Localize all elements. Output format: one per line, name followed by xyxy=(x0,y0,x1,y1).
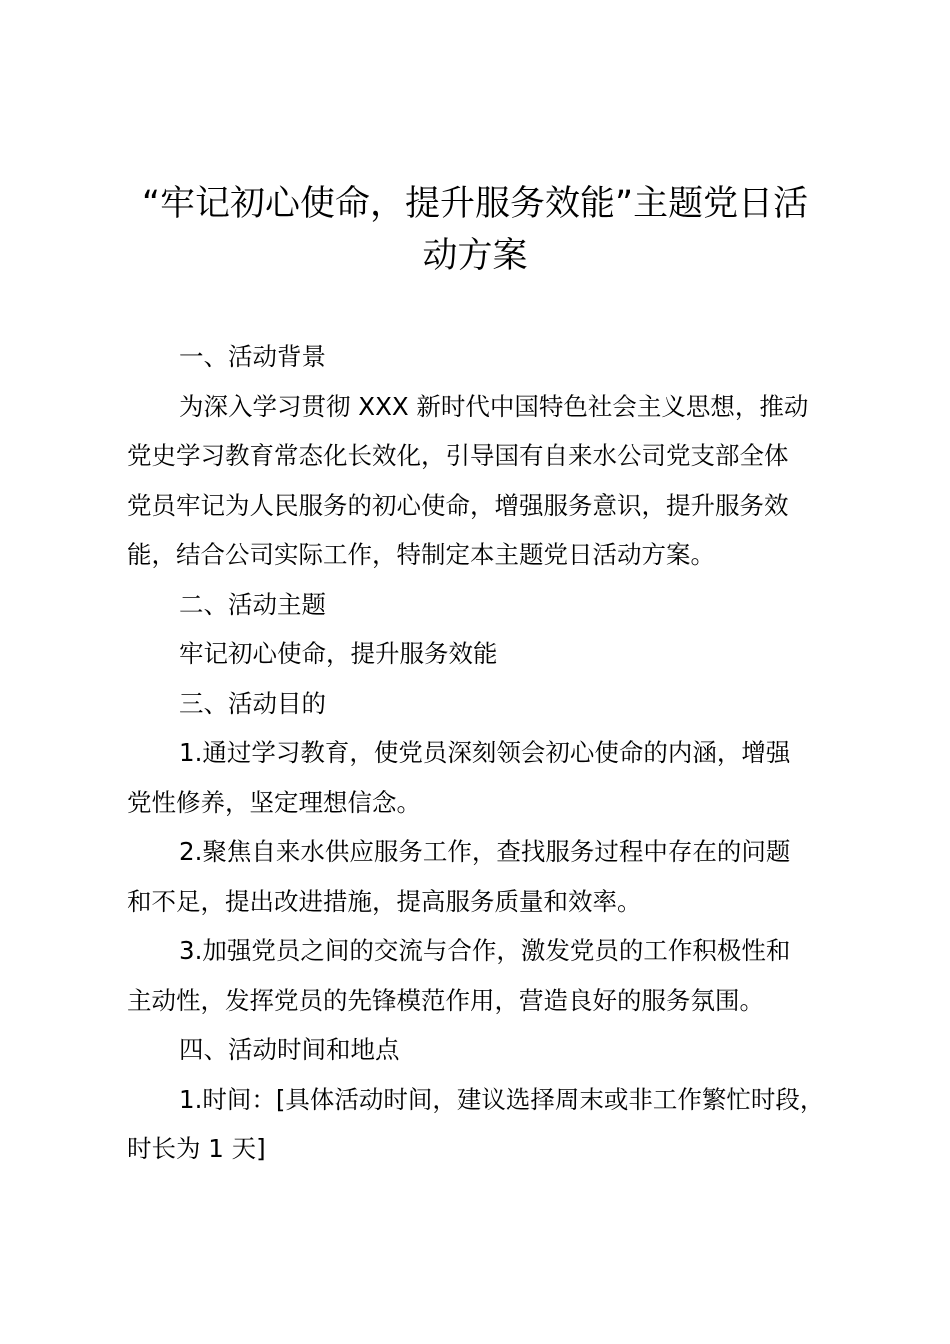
title-line-2: 动方案 xyxy=(110,230,840,282)
paragraph-line: 2.聚焦自来水供应服务工作，查找服务过程中存在的问题 xyxy=(127,827,843,877)
section-heading-time-place: 四、活动时间和地点 xyxy=(127,1025,843,1075)
paragraph-line: 主动性，发挥党员的先锋模范作用，营造良好的服务氛围。 xyxy=(127,976,843,1026)
document-body: 一、活动背景 为深入学习贯彻 XXX 新时代中国特色社会主义思想，推动 党史学习… xyxy=(127,332,843,1174)
paragraph-line: 时长为 1 天] xyxy=(127,1124,843,1174)
purpose-item-3: 3.加强党员之间的交流与合作，激发党员的工作积极性和 主动性，发挥党员的先锋模范… xyxy=(127,926,843,1025)
paragraph-line: 1.时间：[具体活动时间，建议选择周末或非工作繁忙时段， xyxy=(127,1075,843,1125)
document-page: “牢记初心使命，提升服务效能”主题党日活 动方案 一、活动背景 为深入学习贯彻 … xyxy=(0,0,950,1344)
paragraph-line: 党员牢记为人民服务的初心使命，增强服务意识，提升服务效 xyxy=(127,481,843,531)
section-heading-theme: 二、活动主题 xyxy=(127,580,843,630)
paragraph-line: 3.加强党员之间的交流与合作，激发党员的工作积极性和 xyxy=(127,926,843,976)
paragraph-line: 能，结合公司实际工作，特制定本主题党日活动方案。 xyxy=(127,530,843,580)
section-heading-purpose: 三、活动目的 xyxy=(127,679,843,729)
paragraph-line: 党性修养，坚定理想信念。 xyxy=(127,778,843,828)
paragraph-line: 为深入学习贯彻 XXX 新时代中国特色社会主义思想，推动 xyxy=(127,382,843,432)
document-title: “牢记初心使命，提升服务效能”主题党日活 动方案 xyxy=(110,178,840,282)
paragraph-background: 为深入学习贯彻 XXX 新时代中国特色社会主义思想，推动 党史学习教育常态化长效… xyxy=(127,382,843,580)
time-item: 1.时间：[具体活动时间，建议选择周末或非工作繁忙时段， 时长为 1 天] xyxy=(127,1075,843,1174)
paragraph-line: 1.通过学习教育，使党员深刻领会初心使命的内涵，增强 xyxy=(127,728,843,778)
purpose-item-2: 2.聚焦自来水供应服务工作，查找服务过程中存在的问题 和不足，提出改进措施，提高… xyxy=(127,827,843,926)
section-heading-background: 一、活动背景 xyxy=(127,332,843,382)
paragraph-line: 党史学习教育常态化长效化，引导国有自来水公司党支部全体 xyxy=(127,431,843,481)
title-line-1: “牢记初心使命，提升服务效能”主题党日活 xyxy=(110,178,840,230)
paragraph-line: 和不足，提出改进措施，提高服务质量和效率。 xyxy=(127,877,843,927)
purpose-item-1: 1.通过学习教育，使党员深刻领会初心使命的内涵，增强 党性修养，坚定理想信念。 xyxy=(127,728,843,827)
paragraph-theme: 牢记初心使命，提升服务效能 xyxy=(127,629,843,679)
